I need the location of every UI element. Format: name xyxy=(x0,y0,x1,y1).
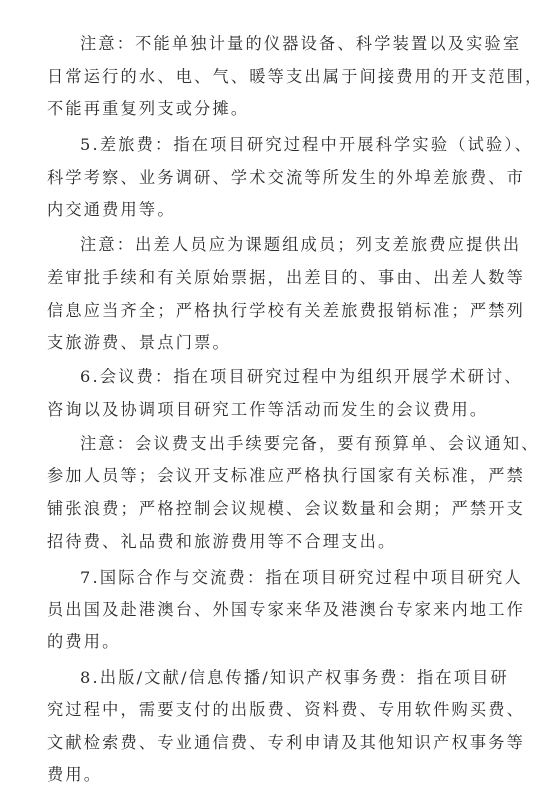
text-line: 内交通费用等。 xyxy=(47,198,493,222)
text-line: 日常运行的水、电、气、暖等支出属于间接费用的开支范围， xyxy=(47,65,493,89)
section-heading-meeting: 6.会议费：指在项目研究过程中为组织开展学术研讨、 xyxy=(80,365,493,389)
section-heading-publication: 8.出版/文献/信息传播/知识产权事务费：指在项目研 xyxy=(80,666,493,690)
text-line: 究过程中，需要支付的出版费、资料费、专用软件购买费、 xyxy=(47,698,493,722)
text-line: 不能再重复列支或分摊。 xyxy=(47,97,493,121)
text-line: 铺张浪费；严格控制会议规模、会议数量和会期；严禁开支 xyxy=(47,497,493,521)
text-line: 咨询以及协调项目研究工作等活动而发生的会议费用。 xyxy=(47,398,493,422)
text-line: 参加人员等；会议开支标准应严格执行国家有关标准，严禁 xyxy=(47,464,493,488)
note-line: 注意：出差人员应为课题组成员；列支差旅费应提供出 xyxy=(80,233,493,257)
text-line: 的费用。 xyxy=(47,630,493,654)
note-line: 注意：会议费支出手续要完备，要有预算单、会议通知、 xyxy=(80,432,493,456)
text-line: 员出国及赴港澳台、外国专家来华及港澳台专家来内地工作 xyxy=(47,598,493,622)
note-line: 注意：不能单独计量的仪器设备、科学装置以及实验室 xyxy=(80,32,493,56)
section-heading-travel: 5.差旅费：指在项目研究过程中开展科学实验（试验）、 xyxy=(80,133,493,157)
text-line: 差审批手续和有关原始票据，出差目的、事由、出差人数等 xyxy=(47,266,493,290)
text-line: 科学考察、业务调研、学术交流等所发生的外埠差旅费、市 xyxy=(47,166,493,190)
text-line: 信息应当齐全；严格执行学校有关差旅费报销标准；严禁列 xyxy=(47,299,493,323)
text-line: 文献检索费、专业通信费、专利申请及其他知识产权事务等 xyxy=(47,731,493,755)
text-line: 支旅游费、景点门票。 xyxy=(47,331,493,355)
text-line: 招待费、礼品费和旅游费用等不合理支出。 xyxy=(47,530,493,554)
section-heading-international: 7.国际合作与交流费：指在项目研究过程中项目研究人 xyxy=(80,566,493,590)
document-page: 注意：不能单独计量的仪器设备、科学装置以及实验室 日常运行的水、电、气、暖等支出… xyxy=(0,0,541,801)
text-line: 费用。 xyxy=(47,763,493,787)
